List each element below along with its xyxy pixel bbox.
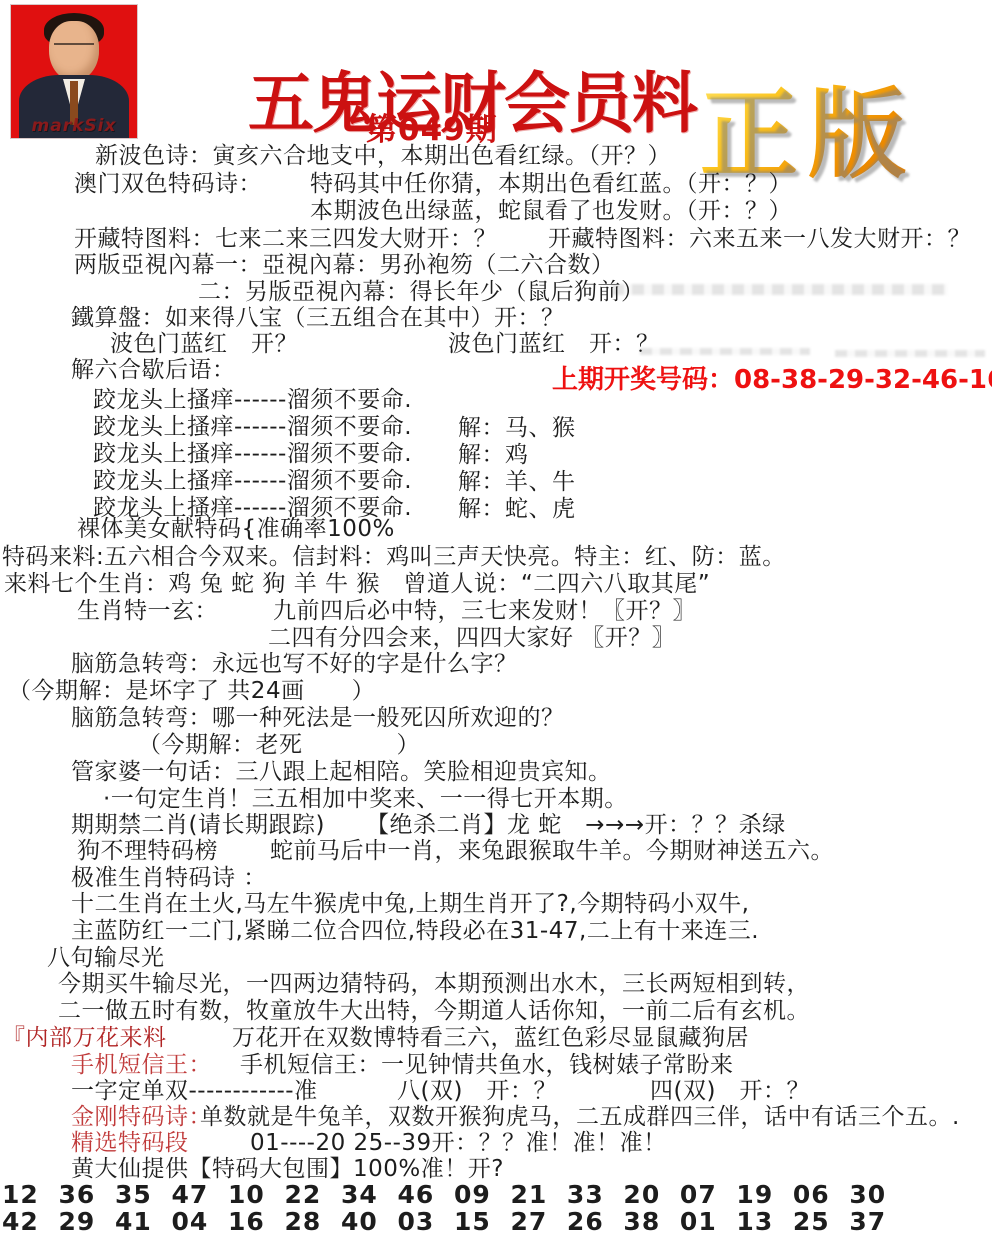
line-neibu: 万花开在双数博特看三六，蓝红色彩尽显鼠藏狗居 [232,1026,749,1051]
line-macau-poem-label: 澳门双色特码诗： [74,172,262,197]
faded-text-smudge-1 [612,284,947,295]
line-twelve-zodiac: 十二生肖在土火,马左牛猴虎中兔,上期生肖开了?,今期特码小双牛, [71,892,749,917]
marksix-watermark: markSix [11,116,137,136]
riddle-answer: 解：羊、牛 [458,470,576,495]
line-eight-verse-1: 今期买牛输尽光，一四两边猜特码，本期预测出水木，三长两短相到转， [58,972,810,997]
line-bose-gate-left: 波色门蓝红 开？ [110,332,298,357]
line-seven-zodiac: 来料七个生肖：鸡 兔 蛇 狗 羊 牛 猴 曾道人说：“二四六八取其尾” [4,572,710,597]
hot-numbers-row-1: 12 36 35 47 10 22 34 46 09 21 33 20 07 1… [2,1181,886,1209]
line-goubuli: 蛇前马后中一肖，来兔跟猴取牛羊。今期财神送五六。 [270,839,834,864]
line-zodiac-2: 二四有分四会来，四四大家好 〖开？〗 [268,626,675,651]
line-luoti: 裸体美女献特码{准确率100% [77,517,395,542]
faded-text-smudge-3 [835,350,985,357]
line-atv-insider-1: 两版亞視內幕一：亞視內幕：男孙袍笏（二六合数） [74,253,615,278]
faded-text-smudge-2 [640,348,810,355]
riddle-row: 跤龙头上搔痒------溜须不要命. [93,415,412,440]
line-zodiac-label: 生肖特一玄： [77,599,218,624]
portrait-photo: markSix [10,4,138,139]
line-jingxuan: 01----20 25--39开：？？准！准！准！ [250,1131,667,1156]
line-one-sentence: ·一句定生肖！三五相加中奖来、一一得七开本期。 [103,787,628,812]
portrait-glasses [54,43,94,54]
line-new-bose-poem: 新波色诗：寅亥六合地支中，本期出色看红绿。（开？） [95,144,671,169]
last-draw-numbers: 上期开奖号码：08-38-29-32-46-16+24 [552,366,992,395]
line-odd-even: 一字定单双------------准 [71,1079,318,1104]
line-iron-abacus: 鐵算盤：如来得八宝（三五组合在其中）开：？ [71,306,565,331]
line-macau-poem-2: 本期波色出绿蓝，蛇鼠看了也发财。（开：？） [310,199,792,224]
line-jingang-label: 金刚特码诗： [71,1105,212,1130]
line-brainteaser-2: 脑筋急转弯：哪一种死法是一般死囚所欢迎的？ [71,706,565,731]
line-jingxuan-label: 精选特码段 [71,1131,189,1156]
line-brainteaser-1: 脑筋急转弯：永远也写不好的字是什么字？ [71,652,518,677]
line-zodiac-1: 九前四后必中特，三七来发财！〖开？〗 [273,599,696,624]
line-kaicang-left: 开藏特图料：七来二来三四发大财开：？ [74,227,497,252]
line-huangdaxian: 黄大仙提供【特码大包围】100%准！开? [71,1157,504,1182]
line-jingang: 单数就是牛兔羊，双数开猴狗虎马，二五成群四三伴，话中有话三个五。. [200,1105,960,1130]
line-four-even: 四(双) 开：？ [650,1079,810,1104]
riddle-row: 跤龙头上搔痒------溜须不要命. [93,388,412,413]
line-goubuli-label: 狗不理特码榜 [77,839,218,864]
riddle-row: 跤龙头上搔痒------溜须不要命. [93,442,412,467]
line-sms: 手机短信王：一见钟情共鱼水，钱树婊子常盼来 [240,1053,734,1078]
riddle-row: 跤龙头上搔痒------溜须不要命. [93,469,412,494]
line-eight-verse-2: 二一做五时有数，牧童放牛大出特，今期道人话你知，一前二后有玄机。 [58,999,810,1024]
line-ban-two-zodiac: 期期禁二肖(请长期跟踪) [71,813,325,838]
line-tema-laila: 特码来料:五六相合今双来。信封料：鸡叫三声天快亮。特主：红、防：蓝。 [2,545,786,570]
line-jizhun-label: 极准生肖特码诗 ： [71,866,267,891]
line-bose-gate-right: 波色门蓝红 开：？ [448,332,660,357]
line-neibu-label: 『内部万花来料 [2,1026,167,1051]
riddle-answer: 解：蛇、虎 [458,497,576,522]
line-kaicang-right: 开藏特图料：六来五来一八发大财开：？ [548,227,971,252]
line-brainteaser-2-ans: （今期解：老死 ） [138,733,420,758]
riddle-answer: 解：马、猴 [458,416,576,441]
line-sms-label: 手机短信王： [71,1053,212,1078]
line-blue-red: 主蓝防红一二门,紧睇二位合四位,特段必在31-47,二上有十来连三. [71,919,759,944]
line-macau-poem-1: 特码其中任你猜，本期出色看红蓝。（开：？） [310,172,792,197]
line-brainteaser-1-ans: （今期解：是坏字了 共24画 ） [8,679,375,704]
hot-numbers-row-2: 42 29 41 04 16 28 40 03 15 27 26 38 01 1… [2,1208,886,1234]
line-eight-verse-label: 八句输尽光 [47,946,165,971]
line-atv-insider-2: 二：另版亞視內幕：得长年少（鼠后狗前） [198,280,645,305]
line-housekeeper: 管家婆一句话：三八跟上起相陪。笑脸相迎贵宾知。 [71,760,612,785]
line-riddle-section: 解六合歇后语： [71,358,236,383]
line-kill-two-zodiac: 【绝杀二肖】龙 蛇 →→→开：？？杀绿 [366,813,786,838]
riddle-answer: 解：鸡 [458,443,529,468]
line-eight-even: 八(双) 开：？ [397,1079,557,1104]
